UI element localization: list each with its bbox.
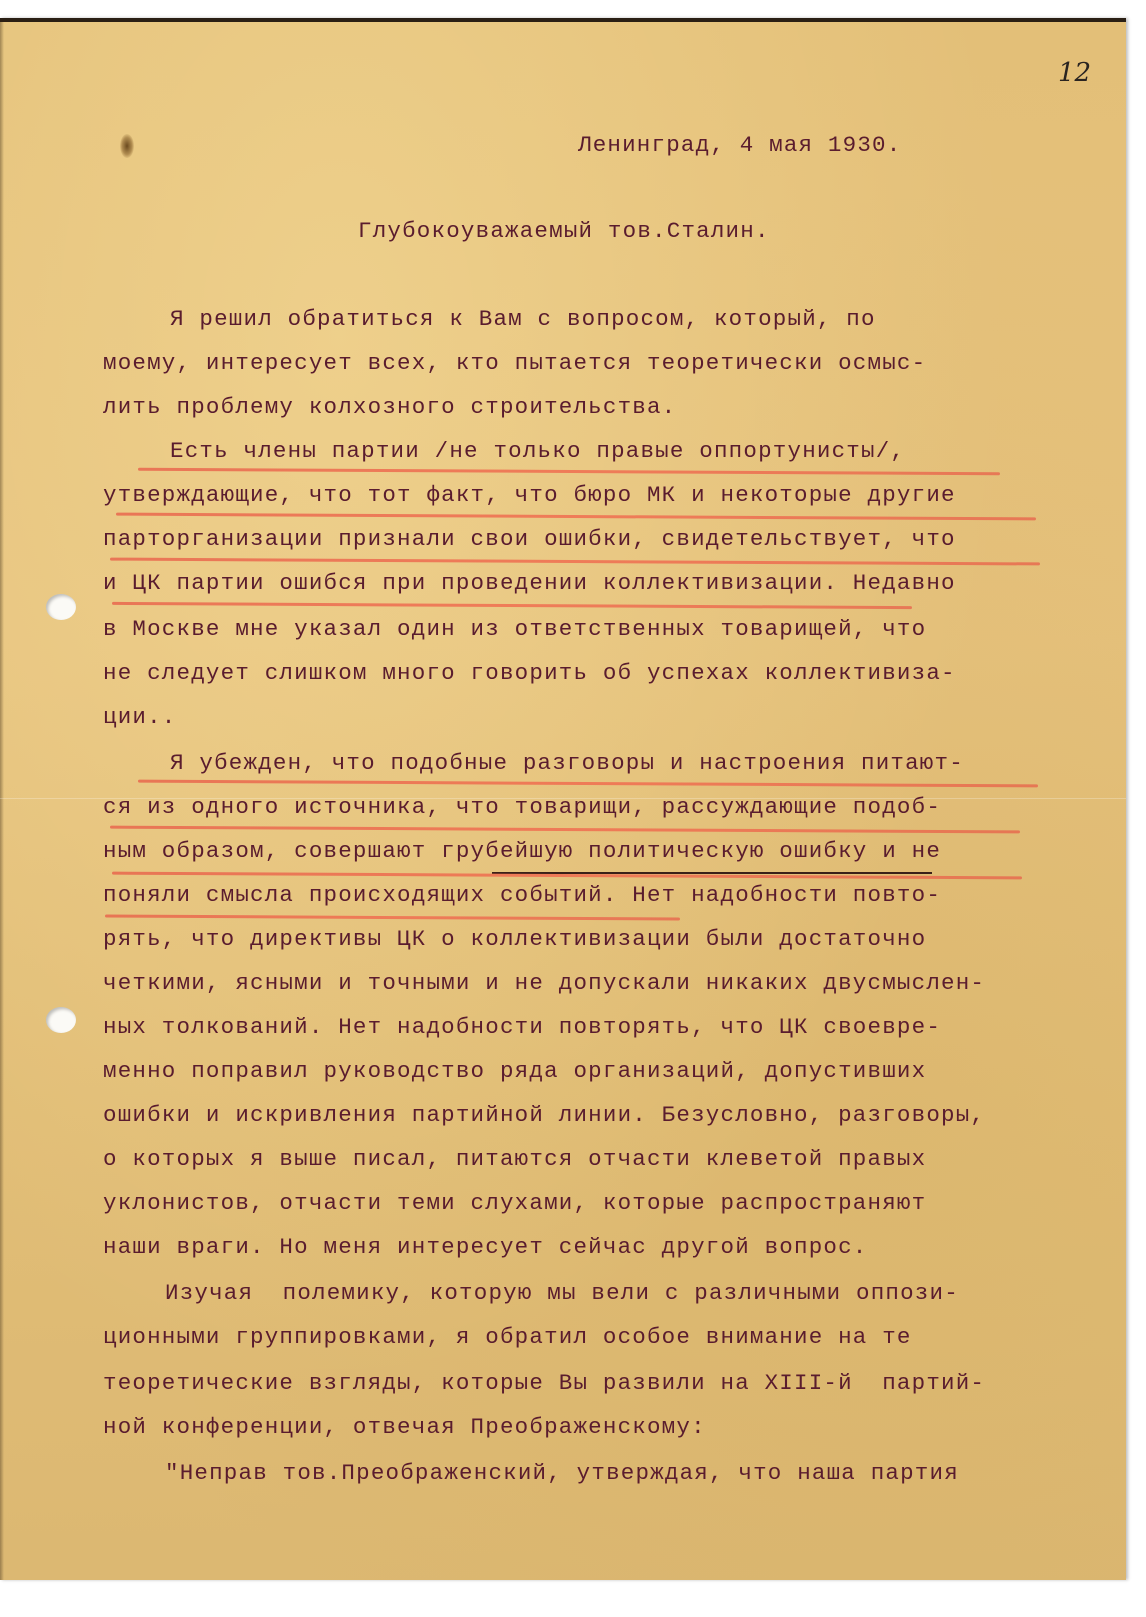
- text-line: ционными группировками, я обратил особое…: [103, 1326, 912, 1349]
- text-line: Изучая полемику, которую мы вели с разли…: [165, 1282, 959, 1305]
- text-line: поняли смысла происходящих событий. Нет …: [103, 884, 941, 907]
- text-line: теоретические взгляды, которые Вы развил…: [103, 1372, 985, 1395]
- text-line: в Москве мне указал один из ответственны…: [103, 618, 926, 641]
- text-line: ным образом, совершают грубейшую политич…: [103, 840, 941, 863]
- red-pencil-underline: [110, 558, 1040, 566]
- text-line: ции..: [103, 706, 177, 729]
- text-line: ошибки и искривления партийной линии. Бе…: [103, 1104, 985, 1127]
- punch-hole: [46, 1007, 76, 1033]
- red-pencil-underline: [138, 780, 1038, 788]
- text-line: Есть члены партии /не только правые оппо…: [170, 440, 905, 463]
- text-line: рять, что директивы ЦК о коллективизации…: [103, 928, 926, 951]
- text-line: утверждающие, что тот факт, что бюро МК …: [103, 484, 956, 507]
- punch-hole: [46, 594, 76, 620]
- salutation: Глубокоуважаемый тов.Сталин.: [358, 220, 770, 243]
- place-date: Ленинград, 4 мая 1930.: [578, 134, 901, 157]
- text-line: Я убежден, что подобные разговоры и наст…: [170, 752, 964, 775]
- text-line: о которых я выше писал, питаются отчасти…: [103, 1148, 926, 1171]
- text-line: не следует слишком много говорить об усп…: [103, 662, 956, 685]
- text-line: парторганизации признали свои ошибки, св…: [103, 528, 956, 551]
- page-number: 12: [1058, 58, 1091, 88]
- text-line: лить проблему колхозного строительства.: [103, 396, 676, 419]
- red-pencil-underline: [112, 602, 912, 609]
- text-line: моему, интересует всех, кто пытается тео…: [103, 352, 926, 375]
- text-line: и ЦК партии ошибся при проведении коллек…: [103, 572, 956, 595]
- red-pencil-underline: [110, 826, 1020, 834]
- text-line: наши враги. Но меня интересует сейчас др…: [103, 1236, 868, 1259]
- text-line: Я решил обратиться к Вам с вопросом, кот…: [170, 308, 876, 331]
- letter-page: 12 Ленинград, 4 мая 1930. Глубокоуважаем…: [0, 18, 1126, 1580]
- text-line: уклонистов, отчасти теми слухами, которы…: [103, 1192, 926, 1215]
- text-line: менно поправил руководство ряда организа…: [103, 1060, 926, 1083]
- text-line: ной конференции, отвечая Преображенскому…: [103, 1416, 706, 1439]
- text-line: ных толкований. Нет надобности повторять…: [103, 1016, 941, 1039]
- red-pencil-underline: [138, 468, 1000, 476]
- red-pencil-underline: [116, 513, 1036, 521]
- text-line: ся из одного источника, что товарищи, ра…: [103, 796, 941, 819]
- text-line: "Неправ тов.Преображенский, утверждая, ч…: [165, 1462, 959, 1485]
- ink-stain: [120, 134, 134, 158]
- text-line: четкими, ясными и точными и не допускали…: [103, 972, 985, 995]
- red-pencil-underline: [105, 914, 680, 920]
